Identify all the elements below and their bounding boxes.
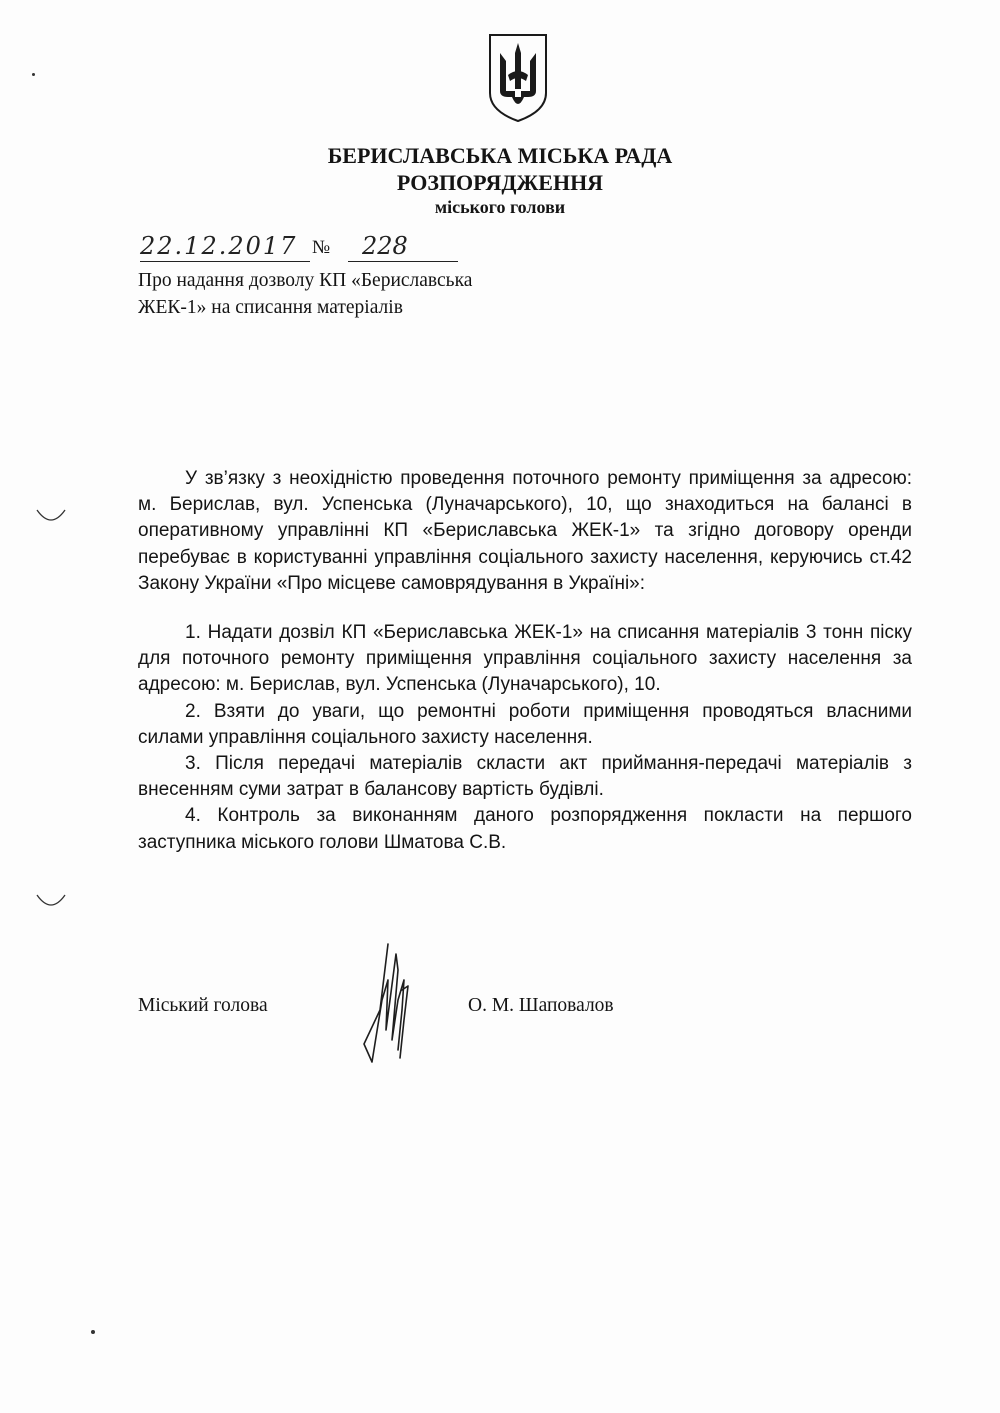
handwritten-date: 22.12.2017 [140,231,310,262]
subject-line-1: Про надання дозволу КП «Бериславська [138,267,472,294]
order-items: 1. Надати дозвіл КП «Бериславська ЖЕК-1»… [138,620,912,856]
signature-icon [358,940,428,1070]
scan-speck [32,73,35,76]
binder-mark [34,508,68,528]
signatory-title: Міський голова [138,995,268,1017]
signatory-name: О. М. Шаповалов [468,995,614,1017]
order-item-1: 1. Надати дозвіл КП «Бериславська ЖЕК-1»… [138,620,912,699]
preamble-text: У зв’язку з неохідністю проведення поточ… [138,466,912,597]
number-label: № [312,237,330,259]
preamble: У зв’язку з неохідністю проведення поточ… [138,466,912,597]
subject: Про надання дозволу КП «Бериславська ЖЕК… [138,267,472,321]
coat-of-arms-icon [486,31,550,123]
handwritten-number: 228 [348,231,458,262]
subject-line-2: ЖЕК-1» на списання матеріалів [138,294,472,321]
date-number-line: 22.12.2017 № 228 [138,231,468,261]
order-item-4: 4. Контроль за виконанням даного розпоря… [138,803,912,855]
issuer: міського голови [0,197,1000,218]
binder-mark [34,893,68,913]
council-name: БЕРИСЛАВСЬКА МІСЬКА РАДА [0,143,1000,169]
document-type: РОЗПОРЯДЖЕННЯ [0,170,1000,196]
order-item-3: 3. Після передачі матеріалів скласти акт… [138,751,912,803]
scan-speck [91,1330,95,1334]
order-item-2: 2. Взяти до уваги, що ремонтні роботи пр… [138,699,912,751]
